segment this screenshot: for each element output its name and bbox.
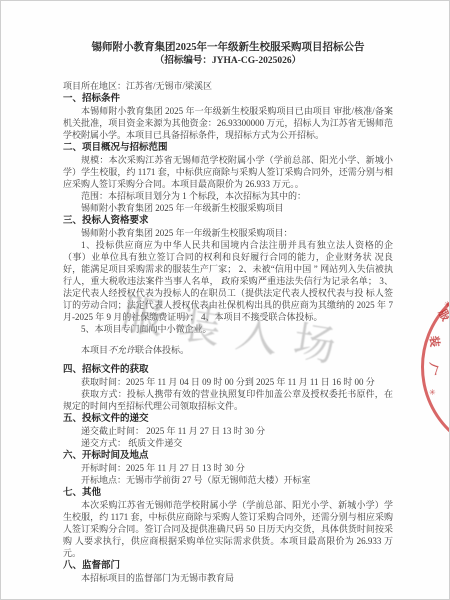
paragraph: 递交截止时间： 2025 年 11 月 27 日 13 时 30 分 (63, 425, 393, 437)
seal-star-icon: ✳ (444, 301, 450, 309)
paragraph: 5、本项目专门面向中小微企业。 (63, 323, 393, 335)
paragraph: 锡师附小教育集团 2025 年一年级新生校服采购项目 (63, 202, 393, 214)
no-consortium-notice: 本项目不允许联合体投标。 (63, 344, 393, 356)
paragraph: 开标地点：无锡市学前街 27 号（原无锡师范大楼）开标室 (63, 474, 393, 486)
section-heading-8: 八、监督部门 (63, 560, 393, 572)
paragraph: 开标时间：2025 年 11 月 27 日 13 时 30 分 (63, 462, 393, 474)
section-heading-6: 六、开标时间及地点 (63, 450, 393, 462)
document-title: 锡师附小教育集团2025年一年级新生校服采购项目招标公告 (63, 41, 393, 55)
paragraph: 本招标项目的监督部门为无锡市教育局 (63, 572, 393, 584)
paragraph: 锡师附小教育集团 2025 年一年级新生校服采购项目： (63, 227, 393, 239)
section-heading-4: 四、招标文件的获取 (63, 364, 393, 376)
paragraph: 本次采购江苏省无锡师范学校附属小学（学前总部、阳光小学、新城小学）学生校服，约 … (63, 499, 393, 559)
notice-suffix: 联合体投标。 (135, 345, 189, 355)
project-location: 项目所在地区：江苏省/无锡市/梁溪区 (63, 80, 393, 92)
section-heading-2: 二、项目概况与招标范围 (63, 142, 393, 154)
paragraph: 1、投标供应商应为中华人民共和国境内合法注册并具有独立法人资格的企（事）业单位具… (63, 239, 393, 323)
paragraph: 递交方式： 纸质文件递交 (63, 437, 393, 449)
section-heading-3: 三、投标人资格要求 (63, 215, 393, 227)
paragraph: 规模：本次采购江苏省无锡师范学校附属小学（学前总部、阳光小学、新城小学）学生校服… (63, 154, 393, 190)
section-heading-5: 五、投标文件的递交 (63, 413, 393, 425)
notice-emphasis: 不允许 (108, 345, 135, 355)
seal-character: 装 (427, 335, 439, 347)
seal-character: 厂 (425, 362, 439, 376)
seal-character: 服 (436, 308, 450, 323)
section-heading-7: 七、其他 (63, 487, 393, 499)
seal-star-icon: ✳ (429, 389, 436, 397)
notice-prefix: 本项目 (81, 345, 108, 355)
scanned-document-page: 锡师附小教育集团2025年一年级新生校服采购项目招标公告 （招标编号：JYHA-… (0, 0, 450, 600)
paragraph: 范围：本招标项目划分为 1 个标段，本次招标为其中的： (63, 190, 393, 202)
tender-number: （招标编号：JYHA-CG-2025026） (63, 55, 393, 68)
paragraph: 本锡师附小教育集团 2025 年一年级新生校服采购项目已由项目 审批/核准/备案… (63, 105, 393, 141)
document-content: 锡师附小教育集团2025年一年级新生校服采购项目招标公告 （招标编号：JYHA-… (63, 41, 393, 584)
seal-ring-icon (421, 277, 450, 457)
paragraph: 获取方式：投标人携带有效的营业执照复印件加盖公章及授权委托书原件，在规定的时间内… (63, 388, 393, 412)
paragraph: 获取时间：2025 年 11 月 04 日 09 时 00 分到 2025 年 … (63, 376, 393, 388)
section-heading-1: 一、招标条件 (63, 93, 393, 105)
